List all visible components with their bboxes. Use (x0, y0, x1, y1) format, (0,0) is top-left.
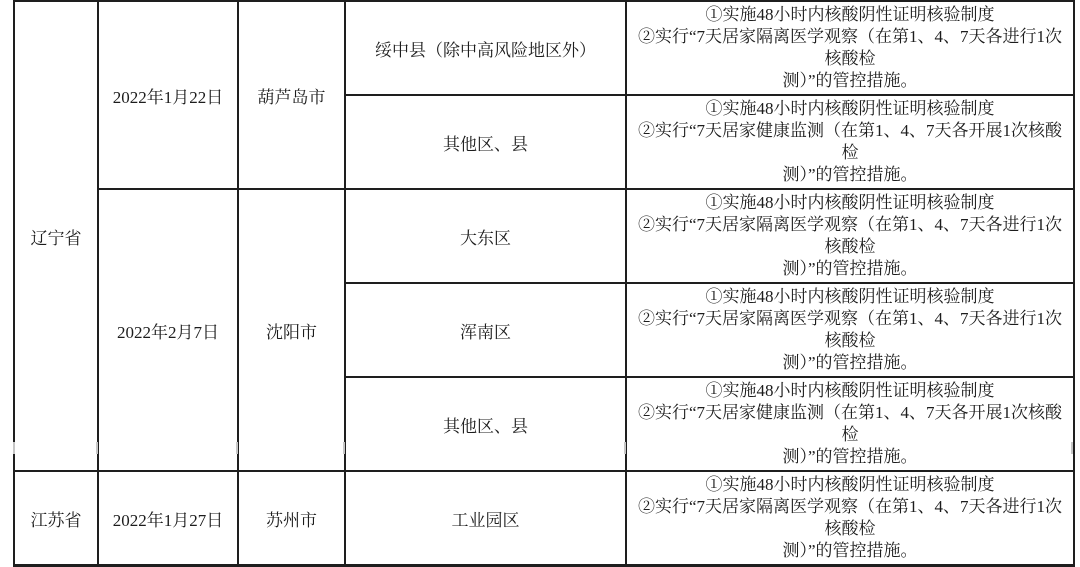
measures-cell: ①实施48小时内核酸阴性证明核验制度 ②实行“7天居家健康监测（在第1、4、7天… (626, 377, 1074, 454)
district-cell: 绥中县（除中高风险地区外） (345, 1, 626, 95)
district-cell: 其他区、县 (345, 377, 626, 454)
date-cell: 2022年2月7日 (98, 189, 238, 454)
province-cell: 辽宁省 (14, 1, 98, 454)
cutoff-row-column-line (343, 442, 345, 454)
covid-measures-table: 辽宁省 2022年1月22日 葫芦岛市 绥中县（除中高风险地区外） ①实施48小… (13, 0, 1075, 454)
measures-cell: ①实施48小时内核酸阴性证明核验制度 ②实行“7天居家隔离医学观察（在第1、4、… (626, 283, 1074, 377)
district-cell: 大东区 (345, 189, 626, 283)
district-cell: 其他区、县 (345, 95, 626, 189)
measures-cell: ①实施48小时内核酸阴性证明核验制度 ②实行“7天居家健康监测（在第1、4、7天… (626, 95, 1074, 189)
city-cell: 葫芦岛市 (238, 1, 345, 189)
city-cell: 沈阳市 (238, 189, 345, 454)
cutoff-row-column-line (624, 442, 626, 454)
measures-cell: ①实施48小时内核酸阴性证明核验制度 ②实行“7天居家隔离医学观察（在第1、4、… (626, 1, 1074, 95)
measures-cell: ①实施48小时内核酸阴性证明核验制度 ②实行“7天居家隔离医学观察（在第1、4、… (626, 189, 1074, 283)
district-cell: 浑南区 (345, 283, 626, 377)
cutoff-row-column-line (236, 442, 238, 454)
table-row: 辽宁省 2022年1月22日 葫芦岛市 绥中县（除中高风险地区外） ①实施48小… (14, 1, 1074, 95)
cutoff-row-column-line (13, 442, 15, 454)
date-cell: 2022年1月22日 (98, 1, 238, 189)
table-row: 2022年2月7日 沈阳市 大东区 ①实施48小时内核酸阴性证明核验制度 ②实行… (14, 189, 1074, 283)
measures-table-sheet: 辽宁省 2022年1月22日 葫芦岛市 绥中县（除中高风险地区外） ①实施48小… (13, 0, 1075, 454)
cutoff-row-column-line (1071, 442, 1073, 454)
cutoff-row-column-line (96, 442, 98, 454)
